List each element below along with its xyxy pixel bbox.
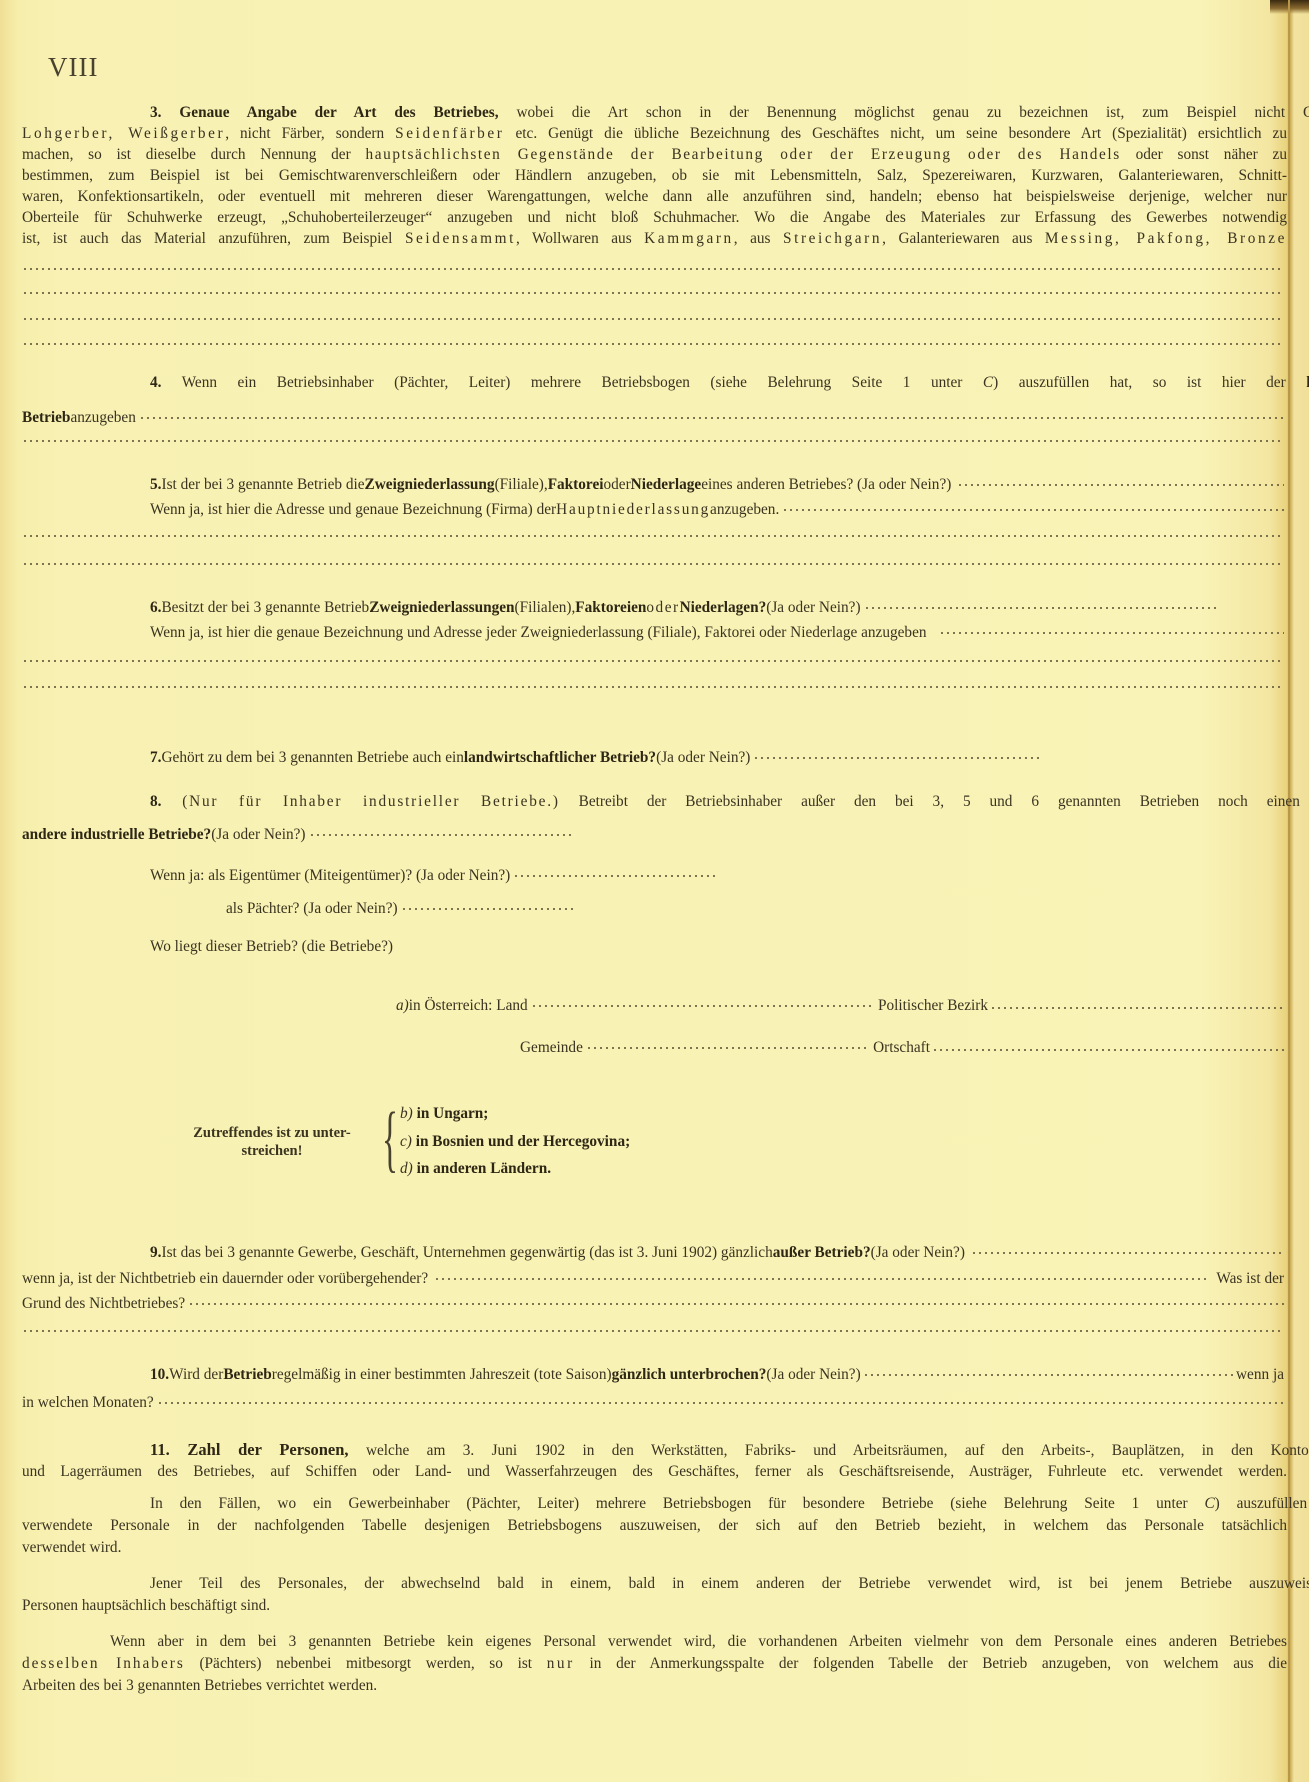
q3-line-4: bestimmen, zum Beispiel ist bei Gemischt… [22,166,1287,186]
q5-line-2: Wenn ja, ist hier die Adresse und genaue… [22,500,1284,520]
q3-line-3: machen, so ist dieselbe durch Nennung de… [22,145,1287,165]
q11-line-1: 11. Zahl der Personen, welche am 3. Juni… [22,1440,1309,1461]
q6-answer-line-1[interactable] [22,660,1284,662]
q9-line-2: wenn ja, ist der Nichtbetrieb ein dauern… [22,1269,1284,1289]
q3-answer-line-1[interactable] [22,268,1284,270]
page-spine [1288,0,1290,1782]
q8-owner-field[interactable] [513,875,718,877]
q11-para2-line-3: verwendet wird. [22,1538,121,1558]
ortschaft-field[interactable] [932,1049,1284,1051]
land-field[interactable] [531,1005,875,1007]
q8-tenant-field[interactable] [401,908,574,910]
q6-answer-field[interactable] [864,607,1220,609]
q9-line-3: Grund des Nichtbetriebes? [22,1294,1284,1314]
q3-line-1: 3. Genaue Angabe der Art des Betriebes, … [22,103,1309,123]
q8-owner-line: Wenn ja: als Eigentümer (Miteigentümer)?… [150,866,718,886]
q4-line-2: Betrieb anzugeben [22,408,1284,428]
q9-duration-field[interactable] [434,1278,1206,1280]
option-hungary[interactable]: b) in Ungarn; [400,1104,488,1124]
q3-answer-line-2[interactable] [22,292,1284,294]
q8-line-1: 8. (Nur für Inhaber industrieller Betrie… [22,792,1309,812]
q8-austria-line: a) in Österreich: LandPolitischer Bezirk [396,996,988,1016]
q10-months-field[interactable] [157,1402,1284,1404]
q10-answer-field[interactable] [863,1374,1234,1376]
q9-answer-line[interactable] [22,1330,1284,1332]
q8-where-line: Wo liegt dieser Betrieb? (die Betriebe?) [150,937,393,957]
q10-line-2: in welchen Monaten? [22,1393,1284,1413]
q6-line-1: 6. Besitzt der bei 3 genannte Betrieb Zw… [22,598,1220,618]
q7-line: 7. Gehört zu dem bei 3 genannten Betrieb… [22,748,1040,768]
q5-address-field[interactable] [782,509,1284,511]
option-bosnia[interactable]: c) in Bosnien und der Hercegovina; [400,1132,630,1152]
page-number: VIII [48,52,98,83]
q10-line-1: 10. Wird der Betrieb regelmäßig in einer… [22,1365,1284,1385]
q11-para4-line-3: Arbeiten des bei 3 genannten Betriebes v… [22,1676,377,1696]
q3-line-2: Lohgerber, Weißgerber, nicht Färber, son… [22,124,1287,144]
q8-gemeinde-line: GemeindeOrtschaft [520,1038,930,1058]
q11-para4-line-1: Wenn aber in dem bei 3 genannten Betrieb… [22,1632,1287,1652]
q5-answer-line-1[interactable] [22,535,1284,537]
gemeinde-field[interactable] [586,1047,870,1049]
brace-icon: { [382,1102,398,1176]
q4-line-1: 4. Wenn ein Betriebsinhaber (Pächter, Le… [22,373,1309,393]
q3-answer-line-3[interactable] [22,318,1284,320]
q7-answer-field[interactable] [753,757,1040,759]
q8-tenant-line: als Pächter? (Ja oder Nein?) [226,899,574,919]
q9-answer-field[interactable] [971,1252,1284,1254]
q3-answer-line-4[interactable] [22,343,1284,345]
q4-answer-line[interactable] [22,440,1284,442]
q9-line-1: 9. Ist das bei 3 genannte Gewerbe, Gesch… [22,1243,1284,1263]
q11-para2-line-1: In den Fällen, wo ein Gewerbeinhaber (Pä… [22,1494,1309,1514]
document-page: VIII 3. Genaue Angabe der Art des Betrie… [0,0,1309,1782]
q5-line-1: 5. Ist der bei 3 genannte Betrieb die Zw… [22,475,1284,495]
q8-line-2: andere industrielle Betriebe? (Ja oder N… [22,825,574,845]
q6-line-2: Wenn ja, ist hier die genaue Bezeichnung… [22,623,1284,643]
q3-line-6: Oberteile für Schuhwerke erzeugt, „Schuh… [22,208,1287,228]
q11-line-2: und Lagerräumen des Betriebes, auf Schif… [22,1462,1287,1482]
q3-line-5: waren, Konfektionsartikeln, oder eventue… [22,187,1287,207]
q11-para3-line-1: Jener Teil des Personales, der abwechsel… [22,1574,1309,1594]
q11-para3-line-2: Personen hauptsächlich beschäftigt sind. [22,1596,270,1616]
underline-instruction: Zutreffendes ist zu unter-streichen! [172,1124,372,1160]
q6-details-field[interactable] [939,632,1284,634]
option-other-countries[interactable]: d) in anderen Ländern. [400,1159,551,1179]
q5-answer-line-2[interactable] [22,563,1284,565]
q3-line-7: ist, ist auch das Material anzuführen, z… [22,229,1287,249]
q5-answer-field[interactable] [957,484,1284,486]
q11-para2-line-2: verwendete Personale in der nachfolgende… [22,1516,1287,1536]
bezirk-field[interactable] [990,1007,1284,1009]
q11-para4-line-2: desselben Inhabers (Pächters) nebenbei m… [22,1654,1287,1674]
q6-answer-line-2[interactable] [22,686,1284,688]
q9-reason-field[interactable] [188,1303,1284,1305]
q8-answer-field[interactable] [309,834,575,836]
q4-answer-field[interactable] [139,417,1284,419]
